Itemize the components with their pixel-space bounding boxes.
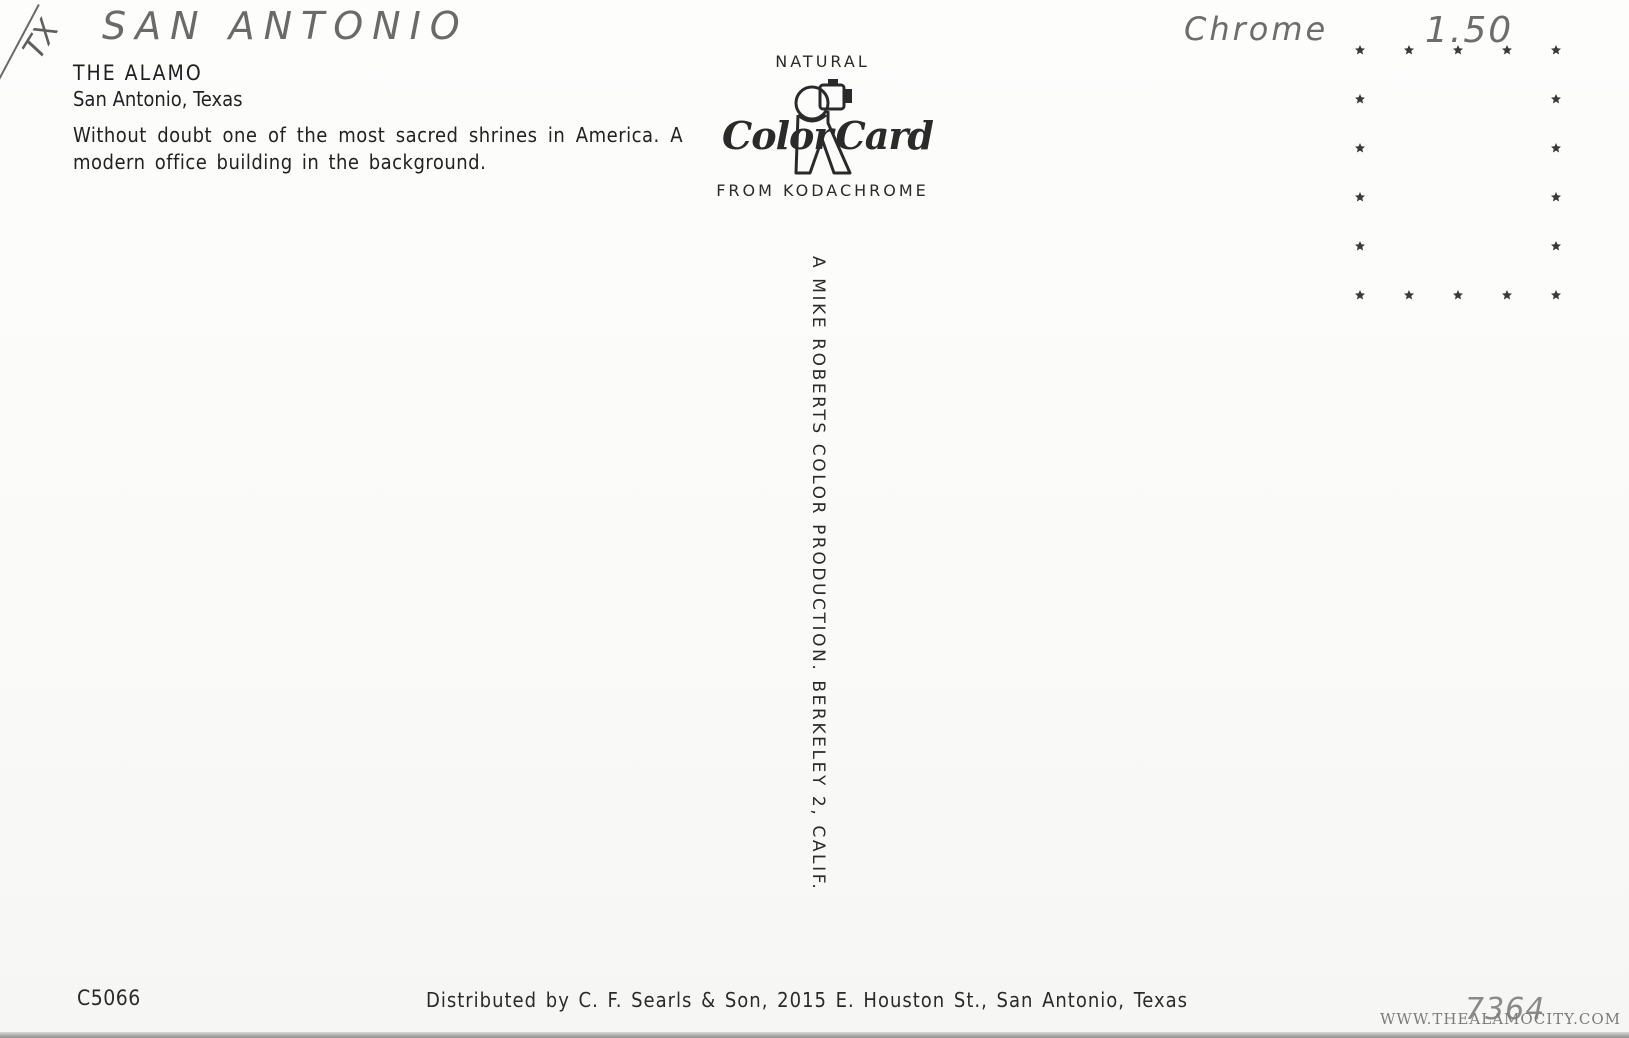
star-icon (1452, 44, 1464, 56)
card-code: C5066 (77, 986, 141, 1010)
star-icon (1501, 289, 1513, 301)
caption-block: THE ALAMO San Antonio, Texas Without dou… (73, 60, 683, 176)
star-icon (1354, 240, 1366, 252)
logo-script-right: Card (836, 113, 933, 158)
star-icon (1354, 93, 1366, 105)
star-icon (1403, 289, 1415, 301)
handwritten-state: TX (16, 14, 66, 66)
star-icon (1550, 240, 1562, 252)
star-icon (1550, 142, 1562, 154)
stamp-box (1360, 50, 1580, 320)
card-description: Without doubt one of the most sacred shr… (73, 122, 683, 176)
star-icon (1550, 93, 1562, 105)
star-icon (1354, 191, 1366, 203)
handwritten-type: Chrome (1184, 10, 1328, 48)
website-watermark: WWW.THEALAMOCITY.COM (1380, 1010, 1621, 1028)
natural-color-card-logo: NATURAL Color Card FROM KODACHROME (700, 52, 945, 200)
card-title: THE ALAMO (73, 60, 683, 86)
card-bottom-edge (0, 1032, 1629, 1038)
star-icon (1452, 289, 1464, 301)
handwritten-price: 1.50 (1425, 10, 1513, 51)
star-icon (1354, 44, 1366, 56)
star-icon (1501, 44, 1513, 56)
star-icon (1354, 142, 1366, 154)
star-icon (1550, 44, 1562, 56)
distributor-line: Distributed by C. F. Searls & Son, 2015 … (426, 988, 1188, 1012)
handwritten-city: SAN ANTONIO (102, 4, 469, 48)
logo-top-text: NATURAL (700, 52, 945, 71)
card-location: San Antonio, Texas (73, 86, 683, 112)
star-icon (1550, 191, 1562, 203)
star-icon (1403, 44, 1415, 56)
logo-bottom-text: FROM KODACHROME (700, 181, 945, 200)
publisher-credit: A MIKE ROBERTS COLOR PRODUCTION. BERKELE… (808, 256, 828, 891)
star-icon (1354, 289, 1366, 301)
postcard-back: TX SAN ANTONIO Chrome 1.50 THE ALAMO San… (0, 0, 1629, 1038)
star-icon (1550, 289, 1562, 301)
